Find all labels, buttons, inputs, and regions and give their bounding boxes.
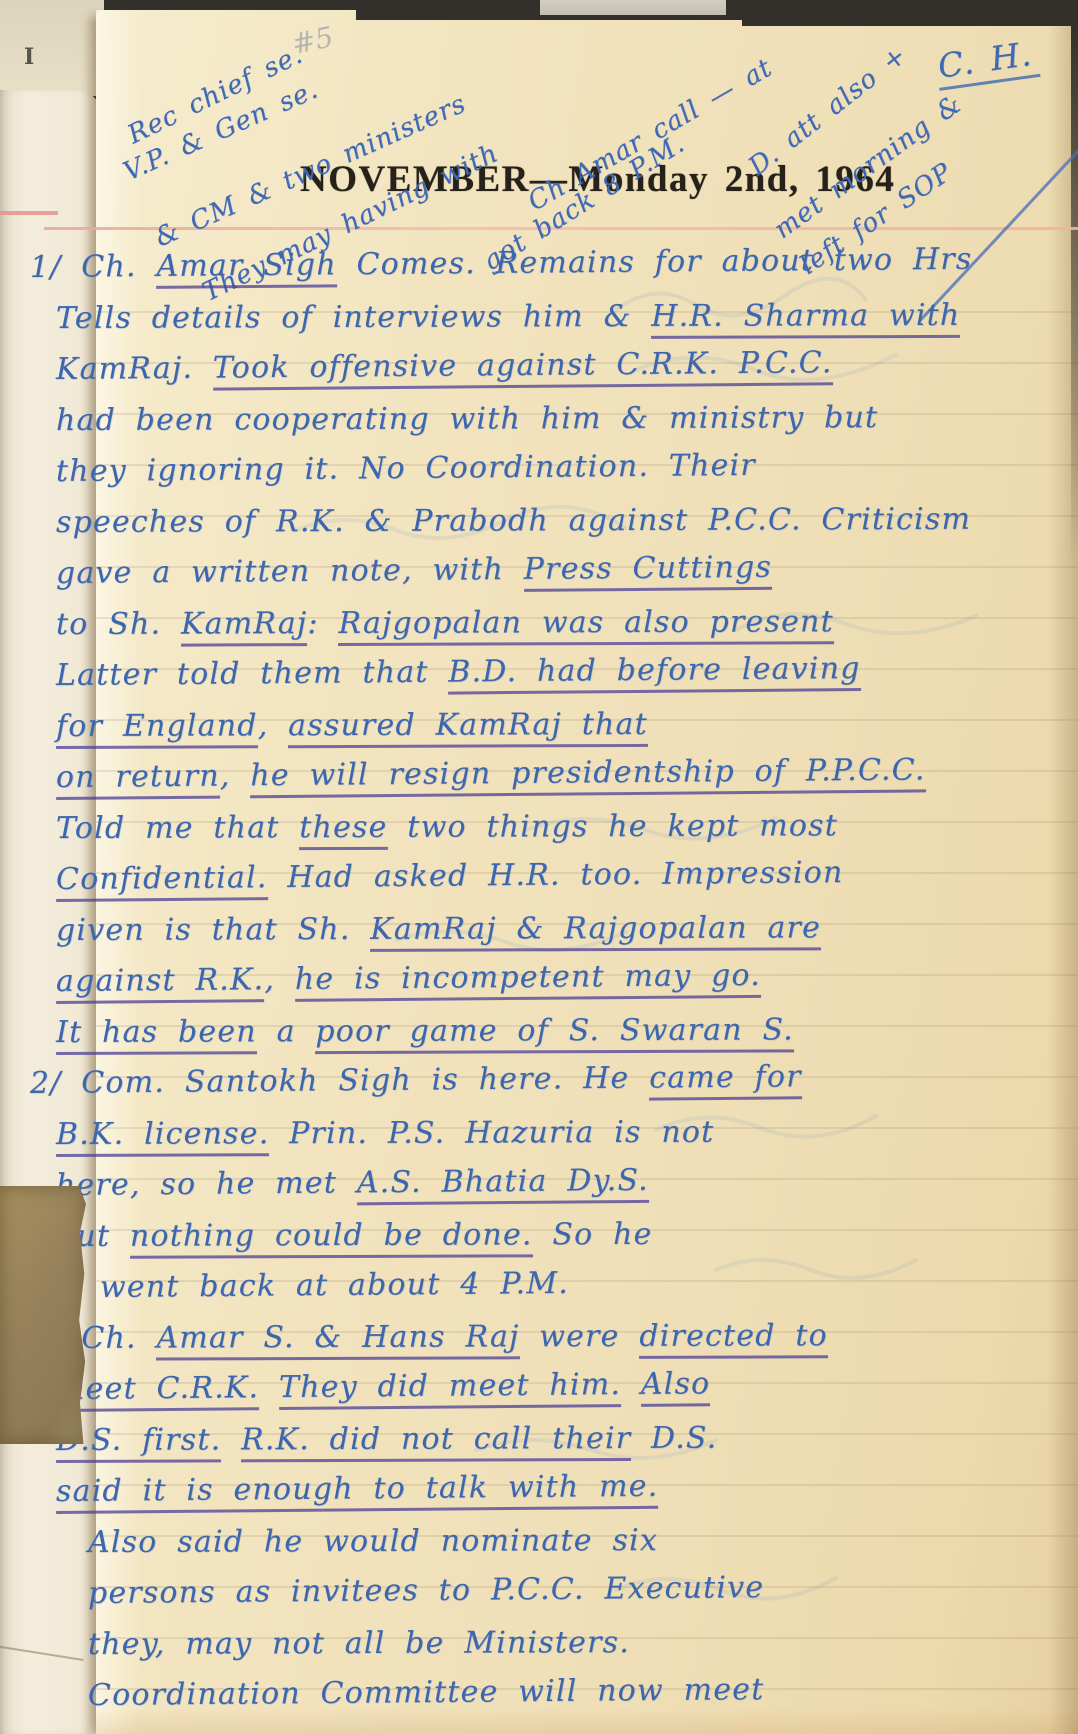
scanned-diary-page: NOVEMBER—Monday 2nd, 1964 #5 I Rec chief… xyxy=(0,0,1078,1734)
diary-line: B.K. license. Prin. P.S. Hazuria is not xyxy=(56,1111,970,1165)
diary-line: Coordination Committee will now meet xyxy=(88,1667,970,1726)
diary-line: Told me that these two things he kept mo… xyxy=(56,805,970,859)
diary-line: said it is enough to talk with me. xyxy=(56,1463,970,1522)
diary-line: they ignoring it. No Coordination. Their xyxy=(56,443,970,502)
diary-line: went back at about 4 P.M. xyxy=(100,1259,970,1318)
diary-line: to Sh. KamRaj: Rajgopalan was also prese… xyxy=(56,601,970,655)
diary-line: D.S. first. R.K. did not call their D.S. xyxy=(56,1417,970,1471)
diary-line: they, may not all be Ministers. xyxy=(88,1621,970,1675)
diary-line: for England, assured KamRaj that xyxy=(56,703,970,757)
diary-line: 2/ Com. Santokh Sigh is here. He came fo… xyxy=(30,1055,970,1114)
diary-line: Confidential. Had asked H.R. too. Impres… xyxy=(56,851,970,910)
diary-line: meet C.R.K. They did meet him. Also xyxy=(56,1361,970,1420)
diary-line: here, so he met A.S. Bhatia Dy.S. xyxy=(56,1157,970,1216)
diary-line: 1/ Ch. Amar Sigh Comes. Remains for abou… xyxy=(30,239,970,298)
pencil-mark: I xyxy=(24,44,34,70)
diary-line: persons as invitees to P.C.C. Executive xyxy=(88,1565,970,1624)
diary-line: given is that Sh. KamRaj & Rajgopalan ar… xyxy=(56,907,970,961)
diary-line: speeches of R.K. & Prabodh against P.C.C… xyxy=(56,499,970,553)
page-tab-edge xyxy=(540,0,726,15)
diary-line: It has been a poor game of S. Swaran S. xyxy=(56,1009,970,1063)
diary-line: KamRaj. Took offensive against C.R.K. P.… xyxy=(56,341,970,400)
margin-red-rule xyxy=(0,211,58,215)
diary-line: against R.K., he is incompetent may go. xyxy=(56,953,970,1012)
diary-line: Latter told them that B.D. had before le… xyxy=(56,647,970,706)
diary-line: Also said he would nominate six xyxy=(88,1519,970,1573)
diary-line: had been cooperating with him & ministry… xyxy=(56,397,970,451)
diary-line: gave a written note, with Press Cuttings xyxy=(56,545,970,604)
scan-background-top xyxy=(742,0,1078,26)
diary-lines: 1/ Ch. Amar Sigh Comes. Remains for abou… xyxy=(30,247,970,1726)
diary-line: on return, he will resign presidentship … xyxy=(56,749,970,808)
cloth-tape-patch xyxy=(0,1186,86,1444)
scan-top-left-corner xyxy=(0,0,104,96)
scan-right-edge xyxy=(1071,24,1078,564)
diary-line: 3/ Ch. Amar S. & Hans Raj were directed … xyxy=(30,1315,970,1369)
diary-line: but nothing could be done. So he xyxy=(56,1213,970,1267)
diary-line: Tells details of interviews him & H.R. S… xyxy=(56,295,970,349)
